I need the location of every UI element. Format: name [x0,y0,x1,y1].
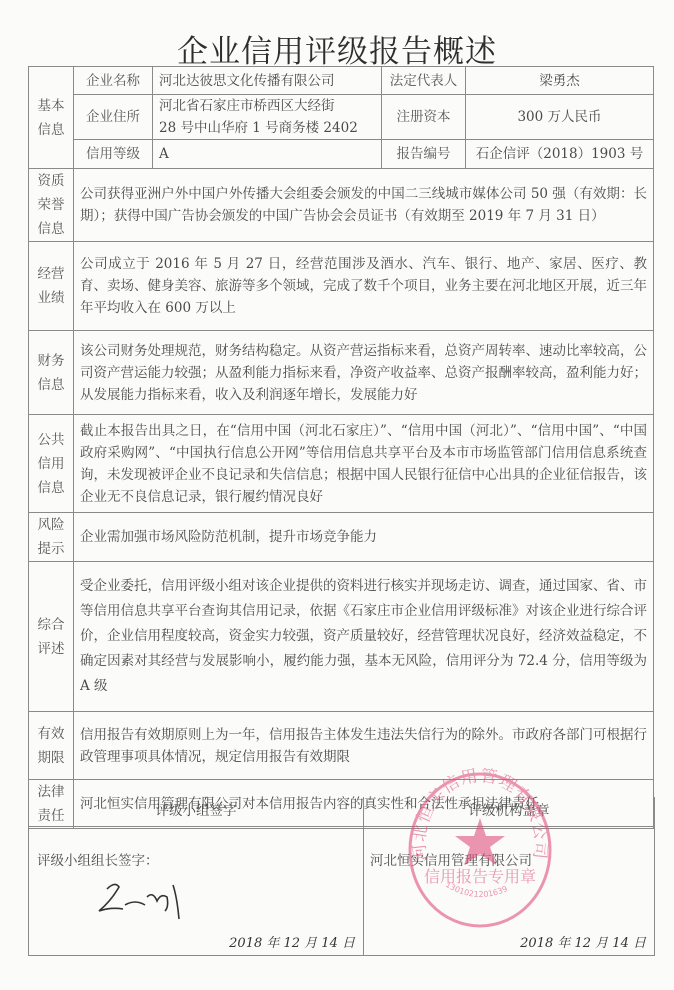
value-company-name: 河北达彼思文化传播有限公司 [153,67,382,95]
label-report-number: 报告编号 [382,140,466,169]
label-line: 评述 [31,637,71,661]
label-line: 基本 [31,94,71,118]
handwritten-signature-icon [89,867,199,927]
label-address: 企业住所 [74,95,153,140]
address-line-1: 河北省石家庄市桥西区大经街 [159,95,375,117]
label-line: 公共 [31,428,71,452]
value-legal-rep: 梁勇杰 [466,67,654,95]
value-credit-grade: A [153,140,382,169]
row-credit-grade: 信用等级 A 报告编号 石企信评（2018）1903 号 [29,140,654,169]
label-line: 财务 [31,349,71,373]
risk-text: 企业需加强市场风险防范机制，提升市场竞争能力 [74,513,654,562]
label-line: 综合 [31,613,71,637]
label-line: 提示 [31,537,71,561]
team-leader-label: 评级小组组长签字： [37,849,159,869]
label-legal-rep: 法定代表人 [382,67,466,95]
label-line: 业绩 [31,286,71,310]
rating-team-header: 评级小组签字 [29,797,363,827]
row-qualification: 资质 荣誉 信息 公司获得亚洲户外中国户外传播大会组委会颁发的中国二三线城市媒体… [29,169,654,242]
label-line: 信息 [31,118,71,142]
qualification-text: 公司获得亚洲户外中国户外传播大会组委会颁发的中国二三线城市媒体公司 50 强（有… [74,169,654,242]
label-line: 信息 [31,373,71,397]
section-label-financial: 财务 信息 [29,331,74,415]
value-report-number: 石企信评（2018）1903 号 [466,140,654,169]
agency-seal-date: 2018 年 12 月 14 日 [520,932,646,951]
label-company-name: 企业名称 [74,67,153,95]
row-risk: 风险 提示 企业需加强市场风险防范机制，提升市场竞争能力 [29,513,654,562]
section-label-qualification: 资质 荣誉 信息 [29,169,74,242]
row-public-credit: 公共 信用 信息 截止本报告出具之日，在“信用中国（河北石家庄）”、“信用中国（… [29,415,654,513]
agency-name: 河北恒实信用管理有限公司 [370,849,532,869]
value-registered-capital: 300 万人民币 [466,95,654,140]
row-validity: 有效 期限 信用报告有效期原则上为一年，信用报告主体发生违法失信行为的除外。市政… [29,712,654,780]
section-label-basic-info: 基本 信息 [29,67,74,169]
label-line: 信息 [31,217,71,241]
row-business-performance: 经营 业绩 公司成立于 2016 年 5 月 27 日，经营范围涉及酒水、汽车、… [29,242,654,331]
business-text: 公司成立于 2016 年 5 月 27 日，经营范围涉及酒水、汽车、银行、地产、… [74,242,654,331]
label-line: 荣誉 [31,193,71,217]
label-credit-grade: 信用等级 [74,140,153,169]
financial-text: 该公司财务处理规范，财务结构稳定。从资产营运指标来看，总资产周转率、速动比率较高… [74,331,654,415]
row-overall: 综合 评述 受企业委托，信用评级小组对该企业提供的资料进行核实并现场走访、调查，… [29,562,654,712]
row-address: 企业住所 河北省石家庄市桥西区大经街 28 号中山华府 1 号商务楼 2402 … [29,95,654,140]
section-label-overall: 综合 评述 [29,562,74,712]
rating-team-signature: 评级小组签字 评级小组组长签字： 2018 年 12 月 14 日 [29,797,364,955]
section-label-public-credit: 公共 信用 信息 [29,415,74,513]
label-line: 期限 [31,746,71,770]
value-address: 河北省石家庄市桥西区大经街 28 号中山华府 1 号商务楼 2402 [153,95,382,140]
overall-text: 受企业委托，信用评级小组对该企业提供的资料进行核实并现场走访、调查，通过国家、省… [74,562,654,712]
row-financial: 财务 信息 该公司财务处理规范，财务结构稳定。从资产营运指标来看，总资产周转率、… [29,331,654,415]
team-sign-date: 2018 年 12 月 14 日 [229,932,355,951]
section-label-validity: 有效 期限 [29,712,74,780]
agency-seal-header: 评级机构盖章 [364,797,654,827]
validity-text: 信用报告有效期原则上为一年，信用报告主体发生违法失信行为的除外。市政府各部门可根… [74,712,654,780]
label-line: 经营 [31,262,71,286]
section-label-business: 经营 业绩 [29,242,74,331]
label-line: 资质 [31,169,71,193]
label-registered-capital: 注册资本 [382,95,466,140]
address-line-2: 28 号中山华府 1 号商务楼 2402 [159,117,375,139]
section-label-risk: 风险 提示 [29,513,74,562]
report-table: 基本 信息 企业名称 河北达彼思文化传播有限公司 法定代表人 梁勇杰 企业住所 … [28,66,654,829]
label-line: 风险 [31,513,71,537]
public-credit-text: 截止本报告出具之日，在“信用中国（河北石家庄）”、“信用中国（河北）”、“信用中… [74,415,654,513]
label-line: 有效 [31,722,71,746]
row-company-name: 基本 信息 企业名称 河北达彼思文化传播有限公司 法定代表人 梁勇杰 [29,67,654,95]
agency-seal: 评级机构盖章 河北恒实信用管理有限公司 2018 年 12 月 14 日 [364,797,654,955]
label-line: 信用 [31,452,71,476]
label-line: 信息 [31,476,71,500]
signature-block: 评级小组签字 评级小组组长签字： 2018 年 12 月 14 日 评级机构盖章… [28,797,655,956]
page-title: 企业信用评级报告概述 [0,26,674,71]
